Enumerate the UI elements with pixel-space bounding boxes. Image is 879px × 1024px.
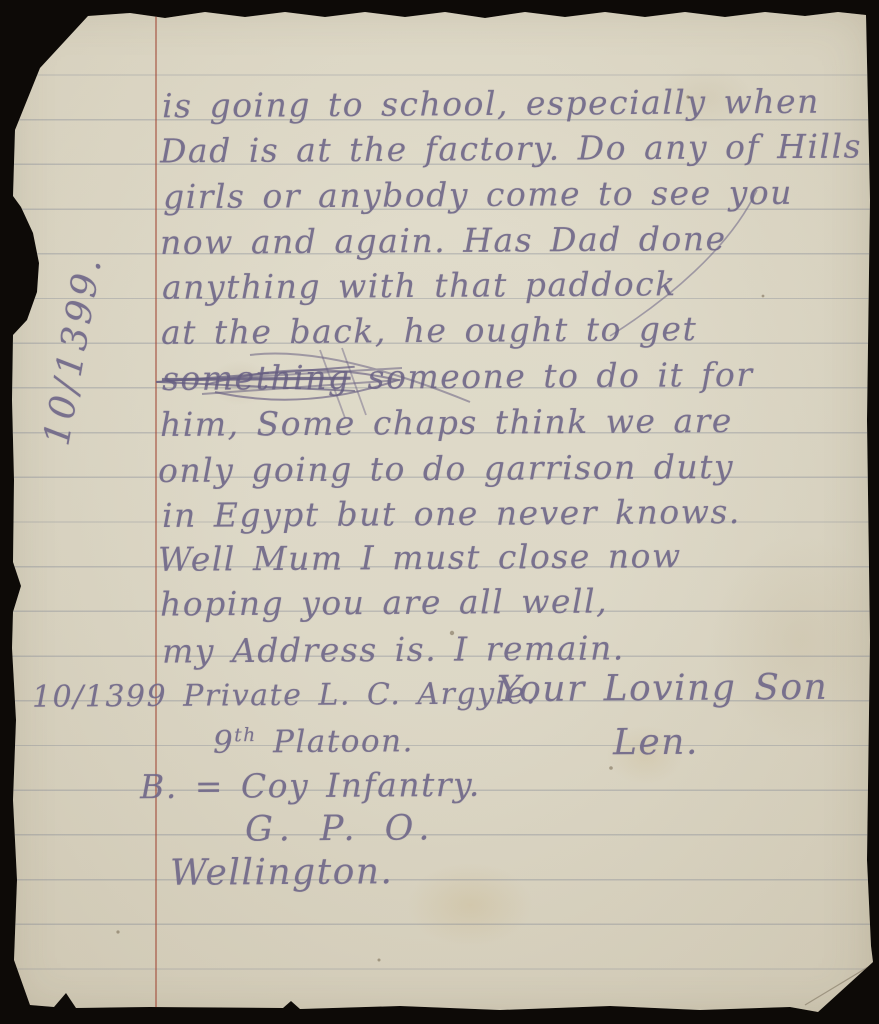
handwriting-line: Well Mum I must close now bbox=[158, 536, 682, 579]
scan-background: 10/1399. is going to school, especially … bbox=[0, 0, 879, 1024]
handwriting-line: only going to do garrison duty bbox=[158, 447, 734, 490]
struck-word: something bbox=[162, 358, 351, 398]
handwriting-line: him, Some chaps think we are bbox=[160, 401, 733, 444]
margin-rule-line bbox=[155, 14, 157, 1012]
handwriting-line: Dad is at the factory. Do any of Hills bbox=[160, 127, 862, 171]
platoon-ordinal: th bbox=[234, 725, 257, 746]
handwriting-line: anything with that paddock bbox=[162, 264, 677, 307]
handwriting-line: now and again. Has Dad done bbox=[160, 219, 727, 262]
handwriting-line: hoping you are all well, bbox=[160, 581, 608, 623]
valediction: Your Loving Son bbox=[497, 667, 829, 710]
handwriting-line: girls or anybody come to see you bbox=[163, 173, 793, 216]
correction-text: someone to do it for bbox=[350, 355, 753, 397]
signature-name: Len. bbox=[613, 722, 699, 764]
handwriting-line: in Egypt but one never knows. bbox=[162, 492, 741, 535]
handwriting-line-with-correction: something someone to do it for bbox=[162, 355, 754, 398]
platoon-label: Platoon. bbox=[257, 723, 414, 760]
gpo-line: G. P. O. bbox=[245, 808, 437, 849]
city-line: Wellington. bbox=[170, 851, 394, 894]
company-line: B. = Coy Infantry. bbox=[140, 765, 481, 806]
handwriting-line: my Address is. I remain. bbox=[162, 628, 625, 670]
platoon-number: 9 bbox=[213, 725, 234, 761]
handwriting-line: is going to school, especially when bbox=[162, 82, 820, 126]
letter-page: 10/1399. is going to school, especially … bbox=[0, 0, 879, 1024]
handwriting-line: at the back, he ought to get bbox=[161, 309, 698, 352]
platoon-line: 9th Platoon. bbox=[213, 723, 414, 760]
sender-address-line: 10/1399 Private L. C. Argyle. bbox=[32, 676, 537, 715]
